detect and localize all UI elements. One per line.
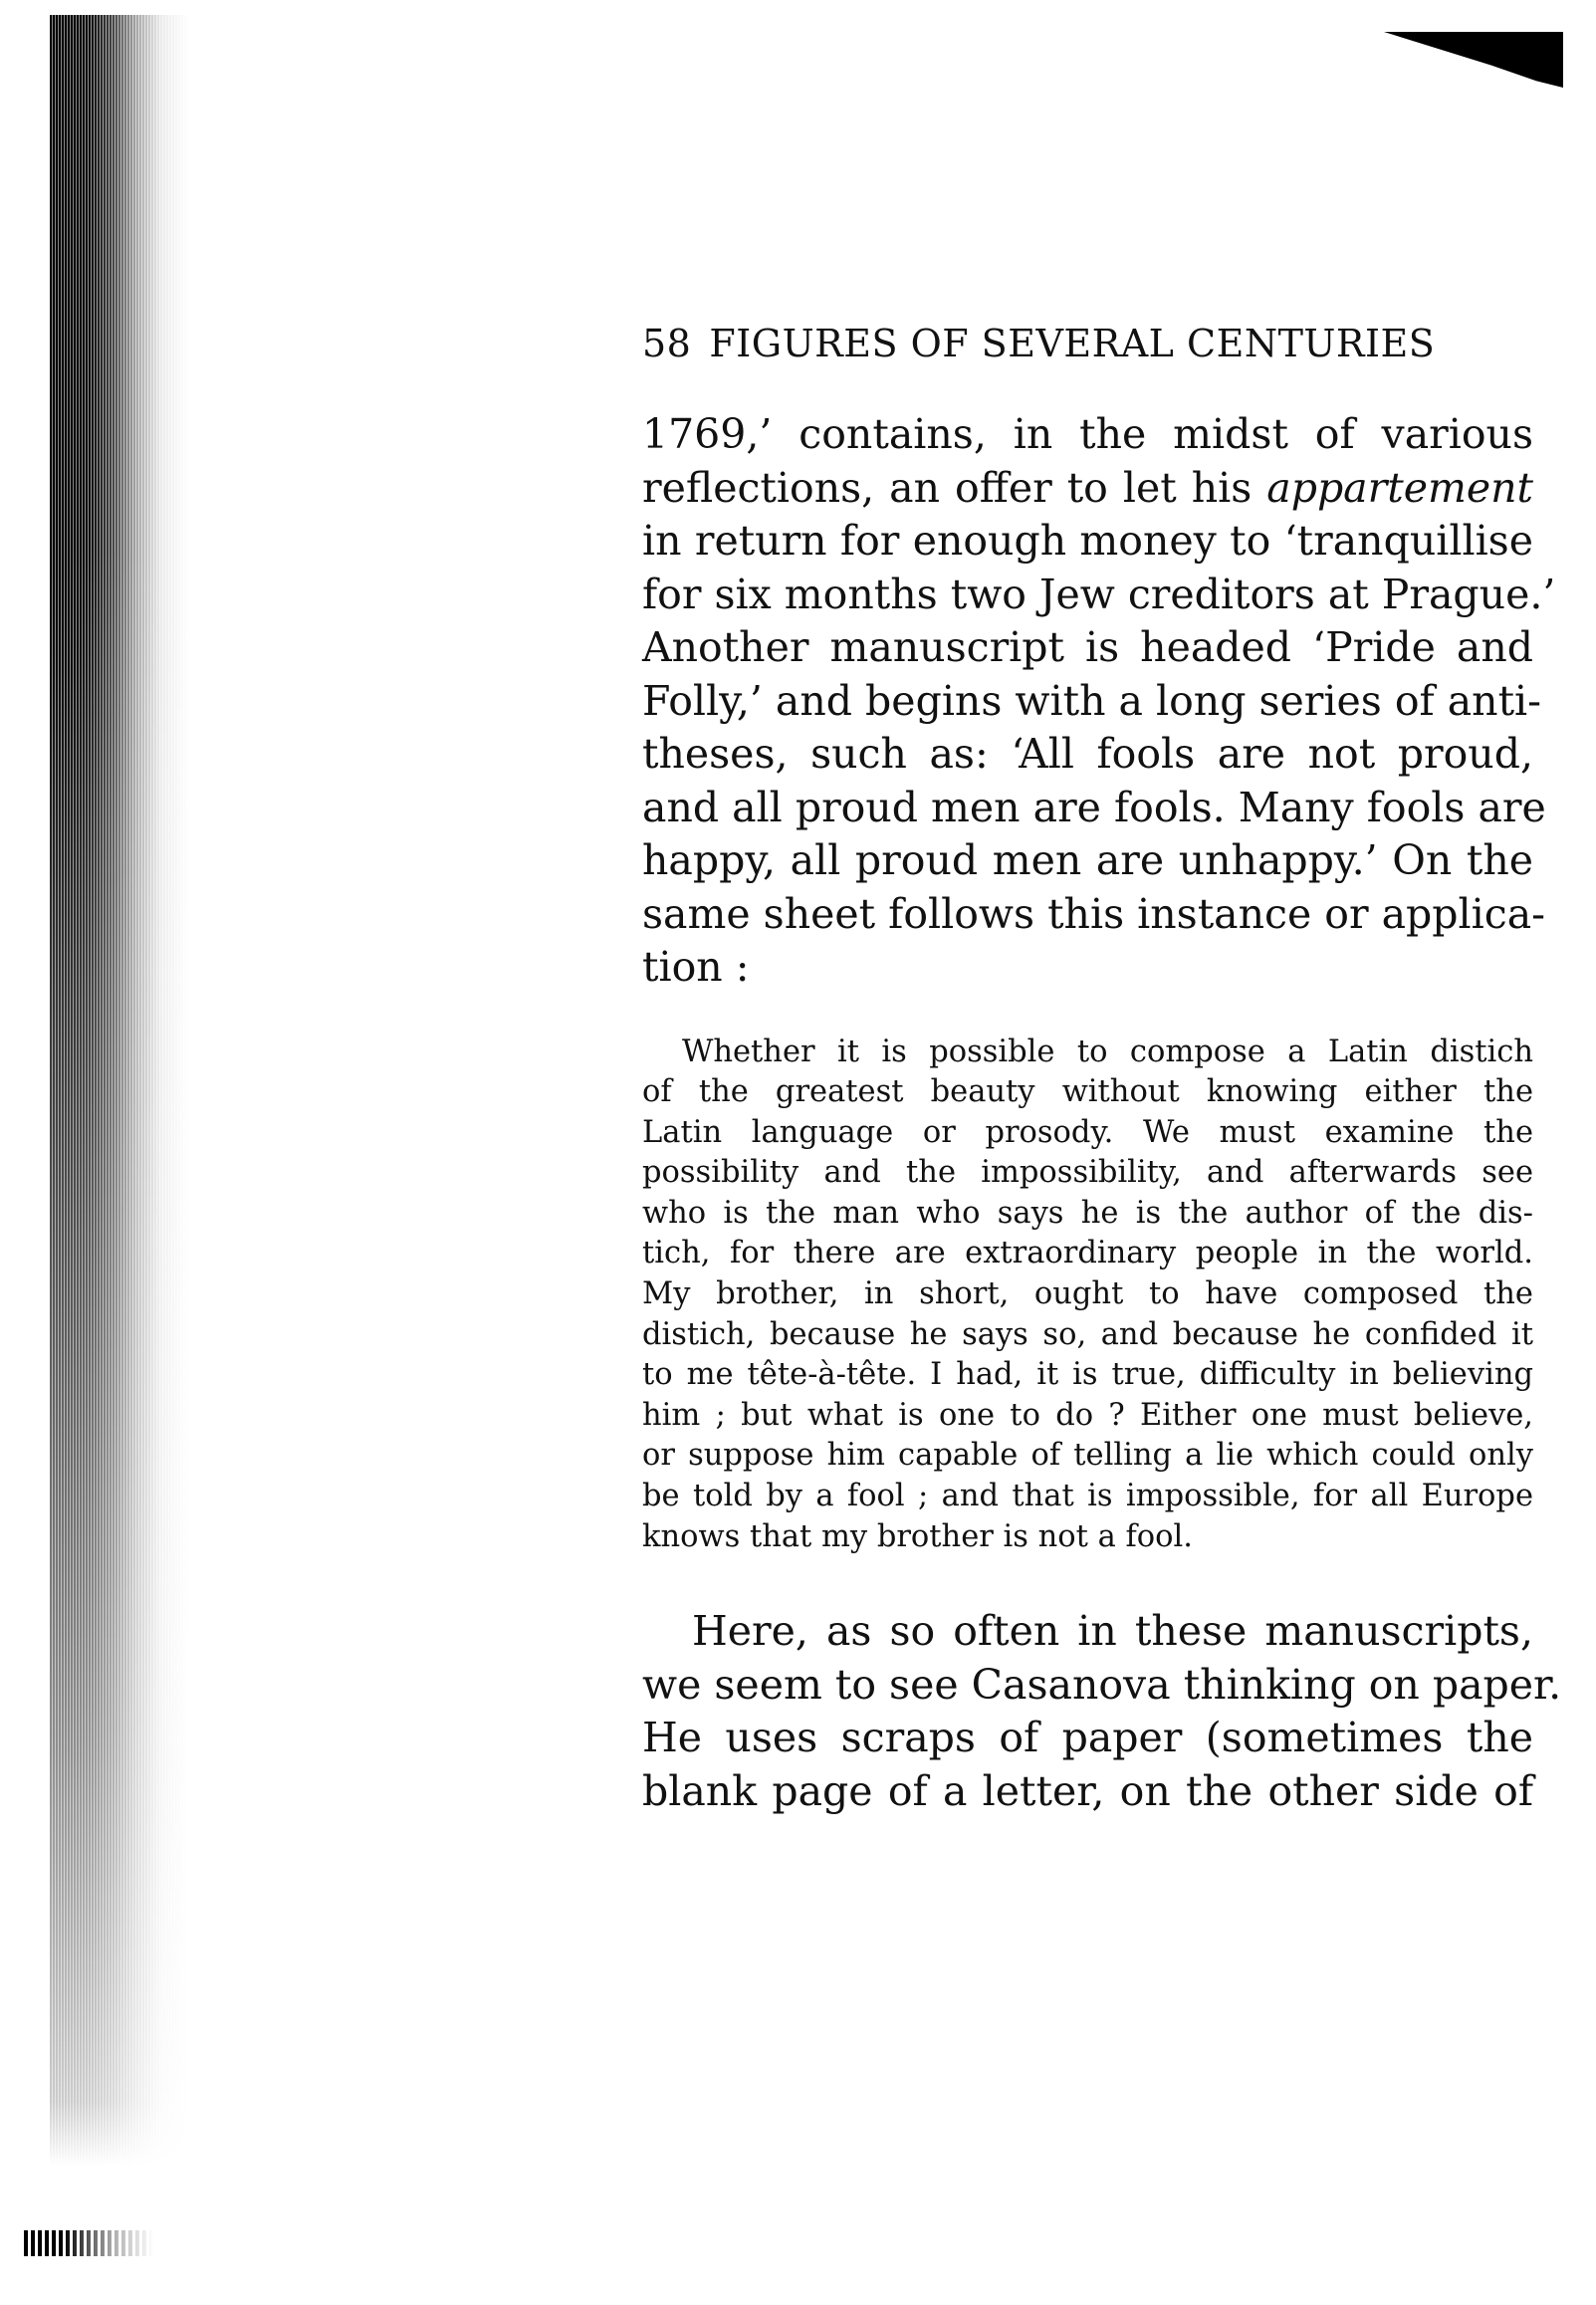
quote-line: Latin language or prosody. We must exami… [642,1113,1533,1154]
text-line: reflections, an offer to let his apparte… [642,462,1533,516]
paragraph-2: Here, as so often in these manuscripts, … [642,1605,1533,1818]
quote-line: be told by a fool ; and that is impossib… [642,1477,1533,1517]
text-line: theses, such as: ‘All fools are not prou… [642,728,1533,782]
quote-line: possibility and the impossibility, and a… [642,1153,1533,1194]
text-line: 1769,’ contains, in the midst of various [642,408,1533,462]
text-line: Here, as so often in these manuscripts, [642,1605,1533,1659]
text-line: happy, all proud men are unhappy.’ On th… [642,834,1533,888]
quote-line: Whether it is possible to compose a Lati… [642,1033,1533,1073]
italic-term: appartement [1266,464,1533,512]
text-line: for six months two Jew creditors at Prag… [642,569,1533,622]
quote-line: who is the man who says he is the author… [642,1194,1533,1235]
book-page: 58FIGURES OF SEVERAL CENTURIES 1769,’ co… [642,319,1533,1818]
quote-line: My brother, in short, ought to have comp… [642,1274,1533,1315]
running-title: FIGURES OF SEVERAL CENTURIES [709,322,1435,365]
page-number: 58 [642,322,691,365]
quote-line: knows that my brother is not a fool. [642,1517,1533,1558]
text-line: we seem to see Casanova thinking on pape… [642,1659,1533,1713]
text-line: Folly,’ and begins with a long series of… [642,675,1533,729]
page-corner-curl [1384,32,1563,88]
scan-gutter-foot [24,2230,153,2256]
text-line: He uses scraps of paper (sometimes the [642,1712,1533,1765]
text-line: same sheet follows this instance or appl… [642,888,1533,942]
text-line: Another manuscript is headed ‘Pride and [642,621,1533,675]
paragraph-1: 1769,’ contains, in the midst of various… [642,408,1533,995]
text-line: and all proud men are fools. Many fools … [642,782,1533,835]
text-line: tion : [642,941,1533,995]
quote-line: or suppose him capable of telling a lie … [642,1436,1533,1477]
running-head: 58FIGURES OF SEVERAL CENTURIES [642,319,1533,368]
scan-gutter-shadow [50,15,189,2166]
quote-line: him ; but what is one to do ? Either one… [642,1396,1533,1437]
quote-line: distich, because he says so, and because… [642,1315,1533,1356]
quote-line: tich, for there are extraordinary people… [642,1234,1533,1274]
block-quote: Whether it is possible to compose a Lati… [642,1033,1533,1558]
text-line: blank page of a letter, on the other sid… [642,1765,1533,1819]
quote-line: of the greatest beauty without knowing e… [642,1072,1533,1113]
quote-line: to me tête-à-tête. I had, it is true, di… [642,1355,1533,1396]
text-line: in return for enough money to ‘tranquill… [642,515,1533,569]
